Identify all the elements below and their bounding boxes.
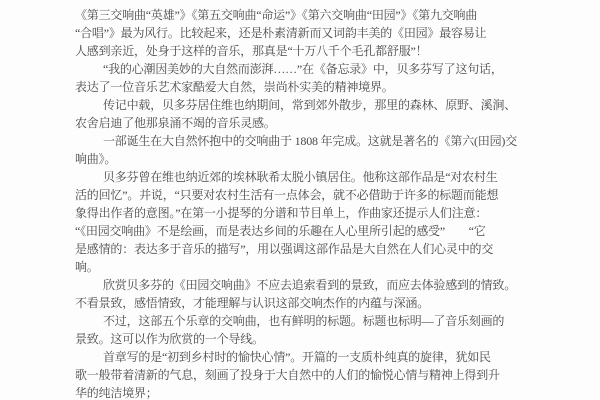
text-line: 农舍启迪了他那泉涌不竭的音乐灵感。 bbox=[75, 114, 535, 132]
document-text: 《第三交响曲“英雄”》《第五交响曲“命运”》《第六交响曲“田园”》《第九交响曲“… bbox=[75, 6, 535, 400]
document-page: 《第三交响曲“英雄”》《第五交响曲“命运”》《第六交响曲“田园”》《第九交响曲“… bbox=[0, 0, 600, 400]
text-line: 首章写的是“初到乡村时的愉快心情”。开篇的一支质朴纯真的旋律，犹如民 bbox=[75, 348, 535, 366]
text-line: 欣赏贝多芬的《田园交响曲》不应去追索看到的景致，而应去体验感到的情致。 bbox=[75, 276, 535, 294]
text-line: “我的心潮因美妙的大自然而澎湃……”在《备忘录》中，贝多芬写了这句话， bbox=[75, 60, 535, 78]
text-line: 不过，这部五个乐章的交响曲，也有鲜明的标题。标题也标明—了音乐刻画的 bbox=[75, 312, 535, 330]
text-line: 景致。这可以作为欣赏的一个导线。 bbox=[75, 330, 535, 348]
text-line: 《第三交响曲“英雄”》《第五交响曲“命运”》《第六交响曲“田园”》《第九交响曲 bbox=[75, 6, 535, 24]
text-line: 贝多芬曾在维也纳近郊的埃林耿希太脱小镇居住。他称这部作品是“对农村生 bbox=[75, 168, 535, 186]
text-line: 歌一般带着清新的气息，刻画了投身于大自然中的人们的愉悦心情与精神上得到升 bbox=[75, 366, 535, 384]
text-line: 表达了一位音乐艺术家酷爱大自然，崇尚朴实美的精神境界。 bbox=[75, 78, 535, 96]
text-line: 象得出作者的意图。”在第一小提琴的分谱和节目单上，作曲家还提示人们注意： bbox=[75, 204, 535, 222]
text-line: “合唱”》最为风行。比较起来，还是朴素清新而又词韵丰美的《田园》最容易让 bbox=[75, 24, 535, 42]
text-line: 华的纯洁境界； bbox=[75, 384, 535, 400]
text-line: 不看景致，感悟情致，才能理解与认识这部交响杰作的内蕴与深涵。 bbox=[75, 294, 535, 312]
text-line: 是感情的：表达多于音乐的描写”，用以强调这部作品是大自然在人们心灵中的交 bbox=[75, 240, 535, 258]
text-line: “《田园交响曲》不是绘画，而是表达乡间的乐趣在人心里所引起的感受” “它 bbox=[75, 222, 535, 240]
text-line: 响曲》。 bbox=[75, 150, 535, 168]
text-line: 活的回忆”。并说，“只要对农村生活有一点体会，就不必借助于许多的标题而能想 bbox=[75, 186, 535, 204]
text-line: 一部诞生在大自然怀抱中的交响曲于 1808 年完成。这就是著名的《第六(田园)交 bbox=[75, 132, 535, 150]
text-line: 传记中载，贝多芬居住维也纳期间，常到郊外散步，那里的森林、原野、溪涧、 bbox=[75, 96, 535, 114]
text-line: 响。 bbox=[75, 258, 535, 276]
text-line: 人感到亲近，处身于这样的音乐，那真是“十万八千个毛孔都舒服”！ bbox=[75, 42, 535, 60]
